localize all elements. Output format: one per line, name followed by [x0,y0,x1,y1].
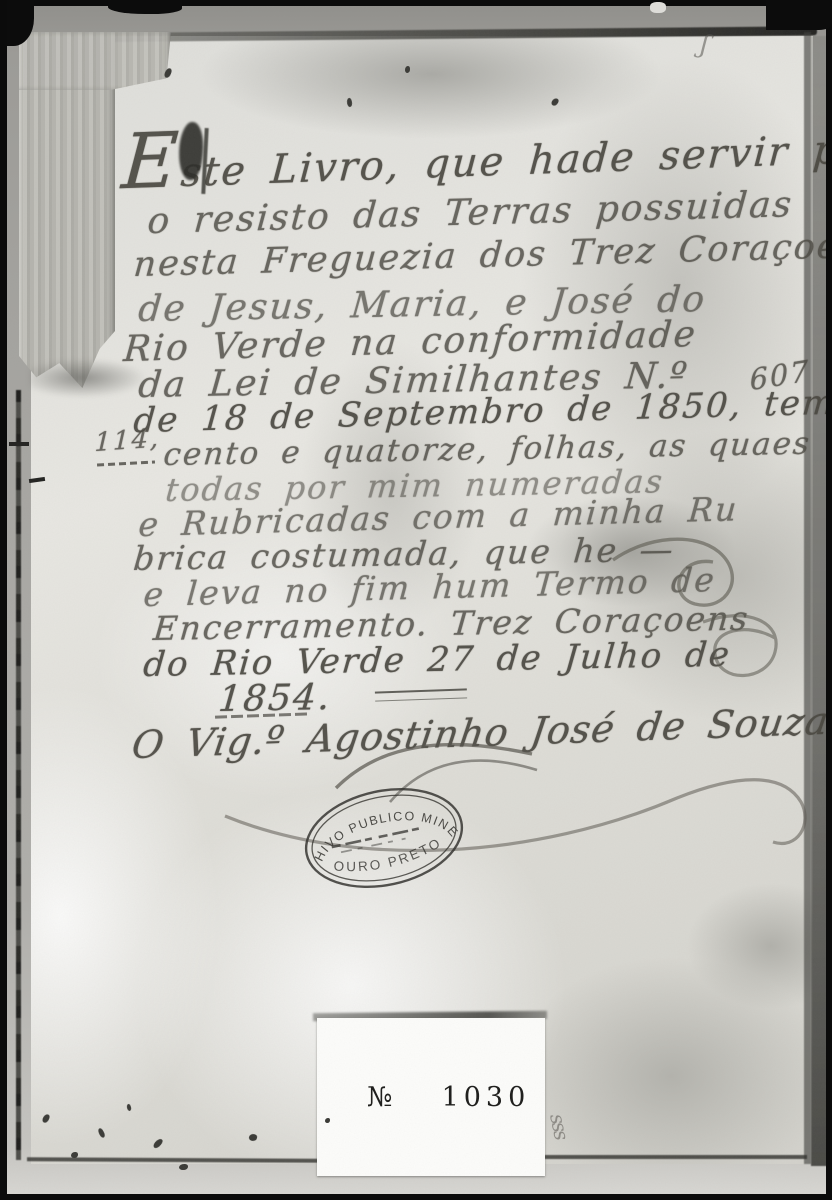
manuscript-line: 1854. [217,680,333,718]
catalogue-label: № 1030 [317,1018,545,1176]
pencil-mark: sss [545,1111,574,1140]
frame-speck [650,2,666,13]
scanned-document: Este Livro, que hade servir para o resis… [0,0,832,1200]
binding-tick [9,442,29,446]
margin-note: 114, [94,425,161,456]
rubric-flourish [607,526,797,696]
svg-text:OURO PRETO: OURO PRETO [330,834,447,882]
binding-line [16,390,21,1160]
frame-left-strip [0,0,7,900]
page-right-edge [804,32,811,1164]
foxing-speck [179,1164,188,1170]
page-bottom-edge [543,1155,807,1159]
frame-corner [766,0,832,30]
numero-sign: № [367,1082,398,1113]
photo-surface: Este Livro, que hade servir para o resis… [7,6,826,1194]
frame-bump [108,0,182,14]
page-right-shadow [811,36,826,1166]
stamp-bottom-text: OURO PRETO [330,834,447,882]
repair-tape [19,32,171,90]
catalogue-number: 1030 [442,1082,531,1113]
